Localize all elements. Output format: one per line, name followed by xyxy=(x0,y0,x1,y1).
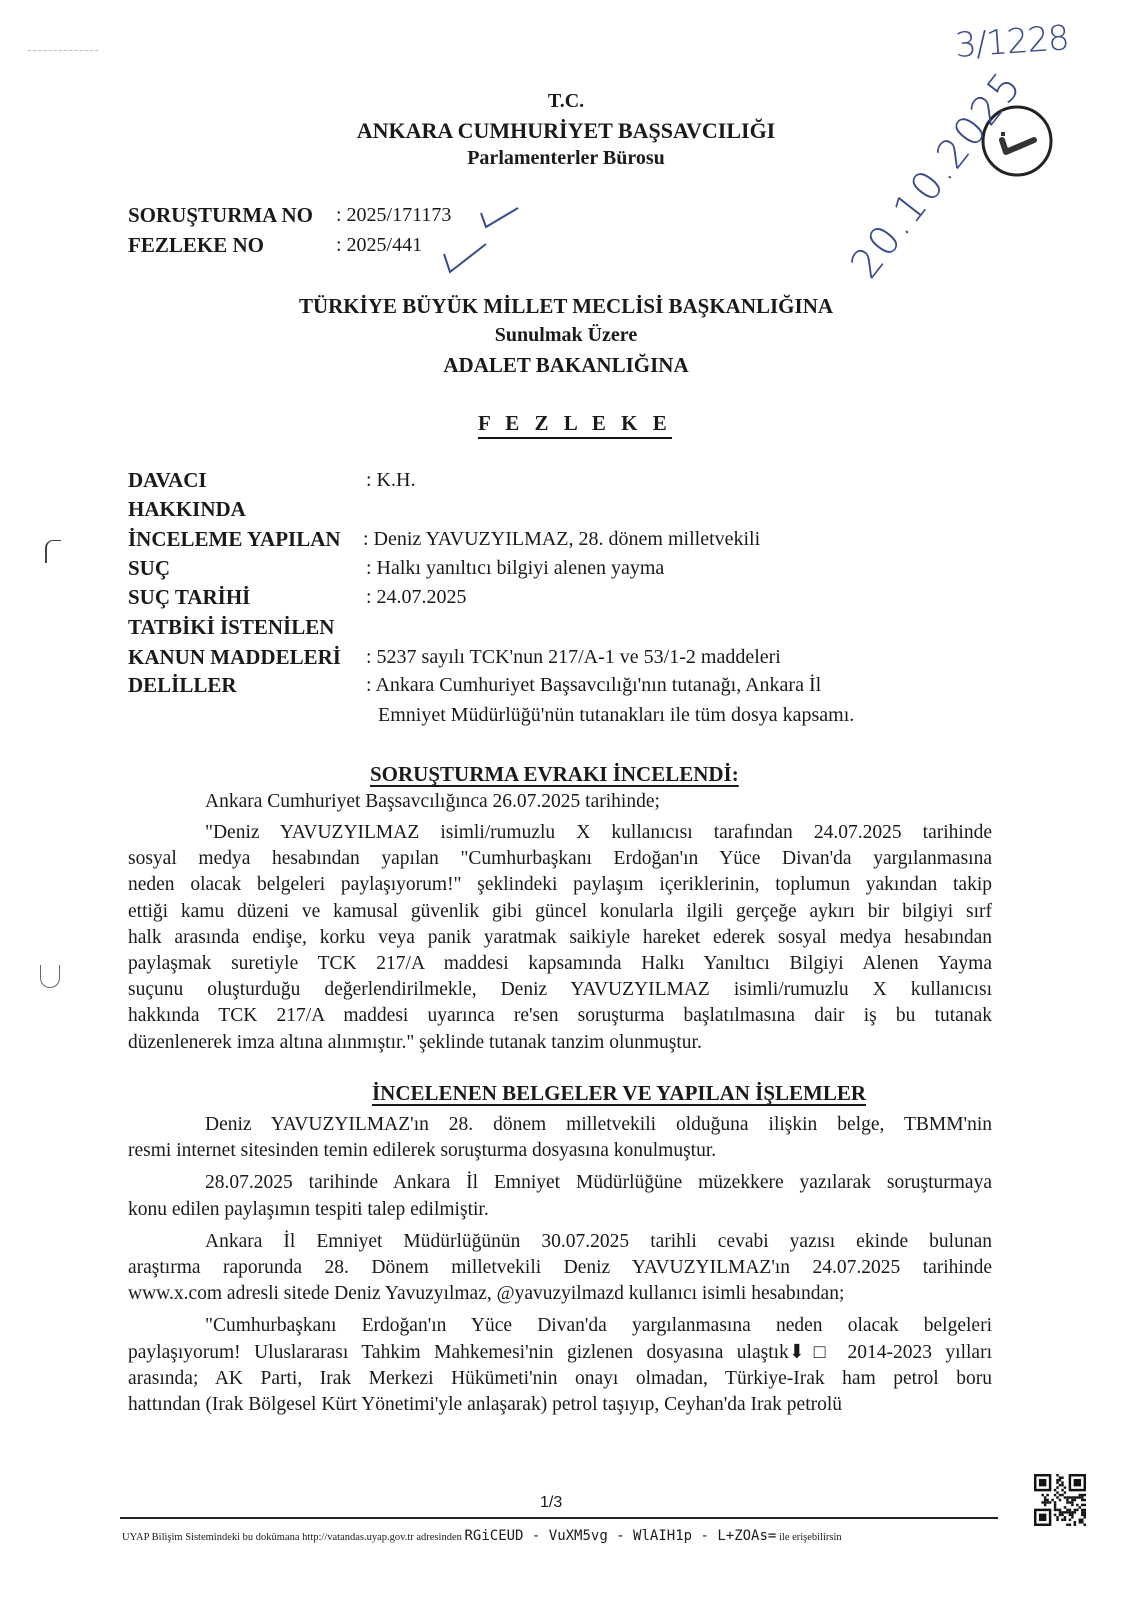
verification-code: RGiCEUD - VuXM5vg - WlAIH1p - L+ZOAs= xyxy=(464,1528,776,1544)
field-label-hakkinda: HAKKINDA xyxy=(128,497,246,522)
sorusturma-no-label: SORUŞTURMA NO xyxy=(128,203,313,228)
fezleke-no-label: FEZLEKE NO xyxy=(128,233,264,258)
paragraph-line: "Deniz YAVUZYILMAZ isimli/rumuzlu X kull… xyxy=(128,820,992,846)
document-title: F E Z L E K E xyxy=(478,411,672,439)
paragraph-line: 28.07.2025 tarihinde Ankara İl Emniyet M… xyxy=(128,1170,992,1196)
footer-divider xyxy=(120,1517,998,1519)
section-title-sorusturma-evraki: SORUŞTURMA EVRAKI İNCELENDİ: xyxy=(370,762,739,787)
section2-body: Deniz YAVUZYILMAZ'ın 28. dönem milletvek… xyxy=(128,1112,992,1418)
field-label-davaci: DAVACI xyxy=(128,468,207,493)
paragraph-line: paylaşıyorum! Uluslararası Tahkim Mahkem… xyxy=(128,1340,992,1366)
paragraph-line: ettiği kamu düzeni ve kamusal güvenlik g… xyxy=(128,899,992,925)
fezleke-no-value: : 2025/441 xyxy=(336,234,422,257)
field-value-deliller-cont: Emniyet Müdürlüğü'nün tutanakları ile tü… xyxy=(378,704,854,727)
footer-uyap-notice: UYAP Bilişim Sistemindeki bu dokümana ht… xyxy=(122,1528,842,1544)
paragraph-line: halk arasında endişe, korku veya panik y… xyxy=(128,925,992,951)
paragraph: Ankara İl Emniyet Müdürlüğünün 30.07.202… xyxy=(128,1229,992,1308)
paragraph: "Cumhurbaşkanı Erdoğan'ın Yüce Divan'da … xyxy=(128,1313,992,1418)
field-value-suc: : Halkı yanıltıcı bilgiyi alenen yayma xyxy=(366,557,664,580)
field-label-suc: SUÇ xyxy=(128,556,170,581)
registry-number-annotation: 3/1228 xyxy=(954,18,1070,66)
paragraph: 28.07.2025 tarihinde Ankara İl Emniyet M… xyxy=(128,1170,992,1222)
header-department: Parlamenterler Bürosu xyxy=(0,147,1132,170)
section1-intro: Ankara Cumhuriyet Başsavcılığınca 26.07.… xyxy=(205,791,660,813)
field-label-tatbiki-istenilen: TATBİKİ İSTENİLEN xyxy=(128,615,334,640)
footer-prefix: UYAP Bilişim Sistemindeki bu dokümana ht… xyxy=(122,1532,462,1543)
page-number: 1/3 xyxy=(540,1494,562,1512)
paragraph-line: hattından (Irak Bölgesel Kürt Yönetimi'y… xyxy=(128,1392,992,1418)
paragraph-line: paylaşmak suretiyle TCK 217/A maddesi ka… xyxy=(128,951,992,977)
qr-code-icon xyxy=(1034,1474,1086,1526)
paragraph-line: resmi internet sitesinden temin edilerek… xyxy=(128,1138,992,1164)
section1-body: "Deniz YAVUZYILMAZ isimli/rumuzlu X kull… xyxy=(128,820,992,1056)
paragraph-line: neden olacak belgeleri paylaşıyorum!" şe… xyxy=(128,872,992,898)
field-value-suc-tarihi: : 24.07.2025 xyxy=(366,586,467,609)
paragraph-line: arasında; AK Parti, Irak Merkezi Hükümet… xyxy=(128,1366,992,1392)
paragraph-line: "Cumhurbaşkanı Erdoğan'ın Yüce Divan'da … xyxy=(128,1313,992,1339)
addressee-tbmm: TÜRKİYE BÜYÜK MİLLET MECLİSİ BAŞKANLIĞIN… xyxy=(0,294,1132,319)
paragraph-line: araştırma raporunda 28. Dönem milletveki… xyxy=(128,1255,992,1281)
margin-mark xyxy=(40,965,60,988)
header-tc: T.C. xyxy=(0,90,1132,113)
paragraph-line: hakkında TCK 217/A maddesi uyarınca re's… xyxy=(128,1003,992,1029)
section-title-incelenen-belgeler: İNCELENEN BELGELER VE YAPILAN İŞLEMLER xyxy=(372,1081,866,1106)
addressee-sunulmak: Sunulmak Üzere xyxy=(0,324,1132,347)
paragraph-line: düzenlenerek imza altına alınmıştır." şe… xyxy=(128,1030,992,1056)
field-label-suc-tarihi: SUÇ TARİHİ xyxy=(128,585,250,610)
sorusturma-no-value: : 2025/171173 xyxy=(336,204,451,227)
header-institution: ANKARA CUMHURİYET BAŞSAVCILIĞI xyxy=(0,118,1132,144)
paragraph: Deniz YAVUZYILMAZ'ın 28. dönem milletvek… xyxy=(128,1112,992,1164)
paragraph-line: suçunu oluşturduğu değerlendirilmekle, D… xyxy=(128,977,992,1003)
checkmark-icon xyxy=(440,240,490,276)
paragraph-line: sosyal medya hesabından yapılan "Cumhurb… xyxy=(128,846,992,872)
scan-mark xyxy=(28,50,98,54)
field-value-kanun-maddeleri: : 5237 sayılı TCK'nun 217/A-1 ve 53/1-2 … xyxy=(366,646,781,669)
margin-mark xyxy=(45,540,61,563)
addressee-adalet: ADALET BAKANLIĞINA xyxy=(0,353,1132,378)
paragraph-line: Deniz YAVUZYILMAZ'ın 28. dönem milletvek… xyxy=(128,1112,992,1138)
paragraph-line: www.x.com adresli sitede Deniz Yavuzyılm… xyxy=(128,1281,992,1307)
footer-suffix: ile erişebilirsin xyxy=(779,1532,842,1543)
field-value-inceleme-yapilan: : Deniz YAVUZYILMAZ, 28. dönem milletvek… xyxy=(363,528,760,551)
paragraph-line: Ankara İl Emniyet Müdürlüğünün 30.07.202… xyxy=(128,1229,992,1255)
field-value-deliller: : Ankara Cumhuriyet Başsavcılığı'nın tut… xyxy=(366,674,821,697)
field-label-inceleme-yapilan: İNCELEME YAPILAN xyxy=(128,527,341,552)
field-value-davaci: : K.H. xyxy=(366,469,415,492)
checkmark-icon xyxy=(478,205,522,231)
field-label-deliller: DELİLLER xyxy=(128,673,237,698)
field-label-kanun-maddeleri: KANUN MADDELERİ xyxy=(128,645,341,670)
paragraph-line: konu edilen paylaşımın tespiti talep edi… xyxy=(128,1197,992,1223)
